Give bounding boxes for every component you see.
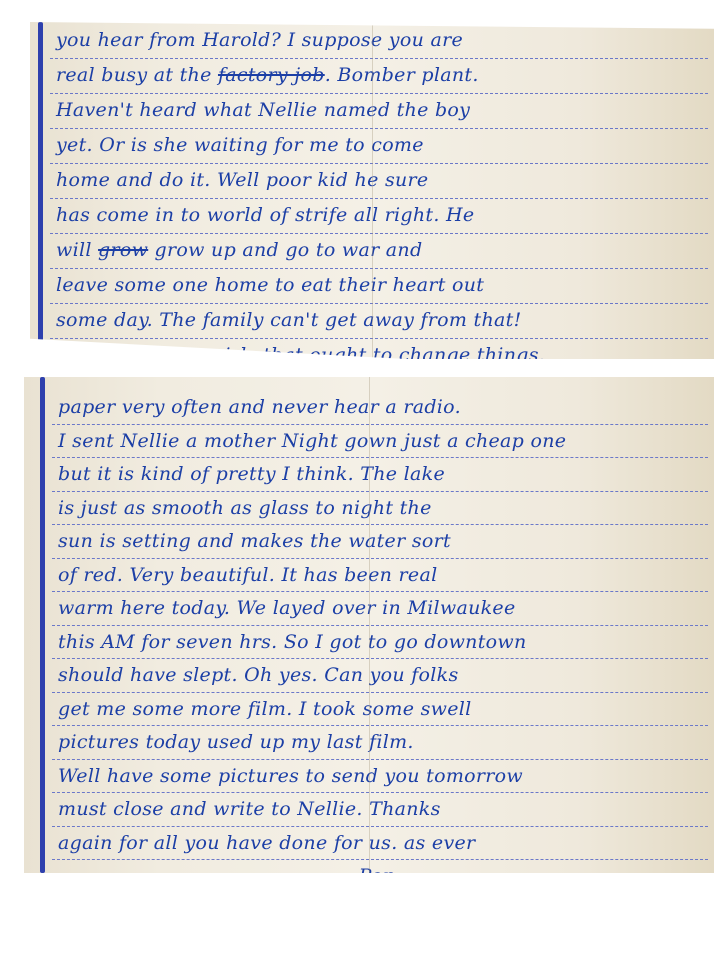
handwritten-line: should have slept. Oh yes. Can you folks	[52, 659, 708, 693]
handwritten-line: must close and write to Nellie. Thanks	[52, 793, 708, 827]
line-text: will	[56, 239, 92, 261]
handwritten-line: Hope you raise girls that ought to chang…	[50, 339, 708, 359]
handwritten-line: is just as smooth as glass to night the	[52, 492, 708, 526]
handwritten-line: leave some one home to eat their heart o…	[50, 269, 708, 304]
handwritten-line: again for all you have done for us. as e…	[52, 827, 708, 861]
handwritten-line: Haven't heard what Nellie named the boy	[50, 94, 708, 129]
handwritten-line: paper very often and never hear a radio.	[52, 391, 708, 425]
margin-stripe	[38, 22, 43, 359]
letter-page-top: you hear from Harold? I suppose you are …	[30, 22, 714, 359]
handwritten-line: you hear from Harold? I suppose you are	[50, 24, 708, 59]
line-text: . Bomber plant.	[325, 64, 479, 86]
handwritten-line: I sent Nellie a mother Night gown just a…	[52, 425, 708, 459]
handwritten-line: sun is setting and makes the water sort	[52, 525, 708, 559]
line-text: grow up and go to war and	[155, 239, 423, 261]
handwritten-line: warm here today. We layed over in Milwau…	[52, 592, 708, 626]
handwritten-line: but it is kind of pretty I think. The la…	[52, 458, 708, 492]
letter-lines-top: you hear from Harold? I suppose you are …	[50, 24, 708, 359]
line-text: real busy at the	[56, 64, 212, 86]
handwritten-line: Well have some pictures to send you tomo…	[52, 760, 708, 794]
handwritten-line: pictures today used up my last film.	[52, 726, 708, 760]
handwritten-line: this AM for seven hrs. So I got to go do…	[52, 626, 708, 660]
handwritten-line: of red. Very beautiful. It has been real	[52, 559, 708, 593]
handwritten-line: will grow grow up and go to war and	[50, 234, 708, 269]
handwritten-line: yet. Or is she waiting for me to come	[50, 129, 708, 164]
struck-text: factory job	[218, 64, 325, 86]
handwritten-line: get me some more film. I took some swell	[52, 693, 708, 727]
letter-page-bottom: paper very often and never hear a radio.…	[24, 377, 714, 873]
handwritten-line: has come in to world of strife all right…	[50, 199, 708, 234]
handwritten-line: real busy at the factory job. Bomber pla…	[50, 59, 708, 94]
signature: Pop.	[52, 860, 708, 873]
struck-text: grow	[98, 239, 148, 261]
margin-stripe	[40, 377, 45, 873]
letter-lines-bottom: paper very often and never hear a radio.…	[52, 391, 708, 873]
handwritten-line: home and do it. Well poor kid he sure	[50, 164, 708, 199]
handwritten-line: some day. The family can't get away from…	[50, 304, 708, 339]
